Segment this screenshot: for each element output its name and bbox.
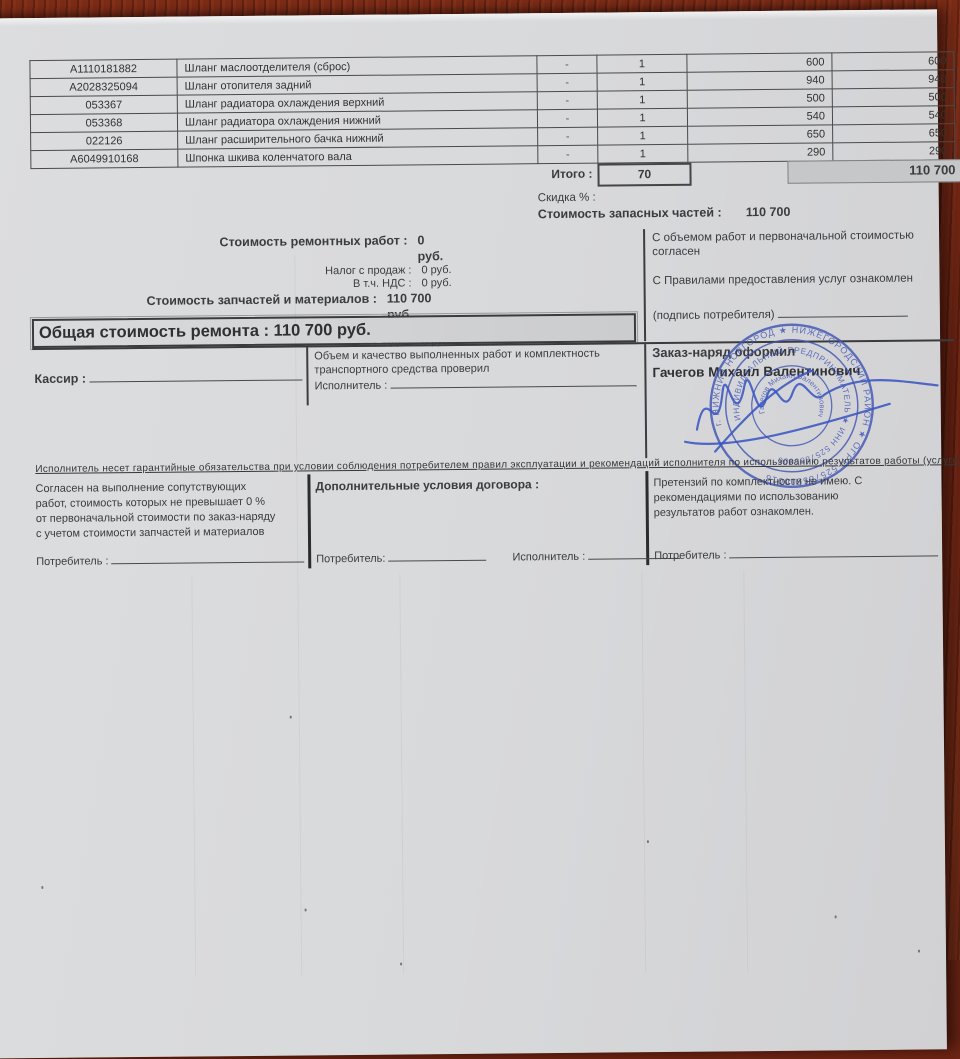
- bottom-mid-consumer-line: [388, 548, 486, 562]
- parts-cost-label: Стоимость запасных частей :: [538, 205, 722, 221]
- cell-code: A6049910168: [31, 149, 178, 168]
- handwritten-signature: [644, 349, 945, 467]
- bottom-right-consumer-label: Потребитель :: [654, 548, 726, 563]
- cell-sum: 540: [832, 106, 954, 125]
- cell-name: Шпонка шкива коленчатого вала: [178, 146, 538, 167]
- cell-sum: 600: [832, 52, 954, 71]
- total-sum-box: 110 700: [787, 159, 960, 184]
- cell-unit: -: [537, 55, 597, 74]
- cell-price: 540: [687, 107, 832, 126]
- cell-unit: -: [537, 109, 597, 128]
- cell-code: 022126: [31, 131, 178, 150]
- quality-block: Объем и качество выполненных работ и ком…: [314, 346, 636, 377]
- bottom-left-consumer-line: [111, 549, 304, 564]
- cell-price: 290: [688, 143, 833, 162]
- bottom-left-text: Согласен на выполнение сопутствующихрабо…: [35, 479, 306, 542]
- cell-unit: -: [537, 91, 597, 110]
- bottom-divider-1: [307, 474, 310, 568]
- cost-summary-value: 0 руб.: [417, 232, 453, 264]
- cell-price: 650: [688, 125, 833, 144]
- document-content: A1110181882Шланг маслоотделителя (сброс)…: [0, 9, 941, 960]
- middle-divider-1: [306, 347, 309, 405]
- document-paper: A1110181882Шланг маслоотделителя (сброс)…: [0, 9, 947, 960]
- cell-qty: 1: [597, 54, 687, 73]
- consumer-signature-row: (подпись потребителя): [653, 304, 908, 322]
- cell-unit: -: [537, 73, 597, 92]
- executor-line: [390, 373, 636, 388]
- cashier-line: [89, 367, 303, 382]
- parts-table: A1110181882Шланг маслоотделителя (сброс)…: [29, 51, 955, 169]
- executor-row: Исполнитель :: [314, 373, 636, 393]
- cell-code: 053367: [30, 95, 177, 114]
- bottom-left-consumer-row: Потребитель :: [36, 549, 304, 569]
- cell-code: A1110181882: [30, 59, 177, 78]
- cost-summary-value: 0 руб.: [421, 277, 451, 290]
- bottom-right-consumer-row: Потребитель :: [654, 543, 938, 563]
- bottom-right-consumer-line: [729, 543, 938, 558]
- parts-cost-value: 110 700: [746, 205, 791, 219]
- bottom-right-text: Претензий по комплектности не имею. Срек…: [653, 473, 948, 521]
- cashier-row: Кассир :: [34, 367, 302, 386]
- agree-line-1: С объемом работ и первоначальной стоимос…: [652, 228, 952, 259]
- parts-table-body: A1110181882Шланг маслоотделителя (сброс)…: [30, 52, 955, 169]
- paper-fold: [294, 256, 302, 960]
- cell-qty: 1: [597, 108, 687, 127]
- paper-fold: [191, 577, 196, 960]
- cell-sum: 650: [833, 124, 955, 143]
- cost-summary-value: 0 руб.: [421, 264, 451, 277]
- cost-summary-label: Стоимость ремонтных работ :: [33, 232, 407, 252]
- discount-label: Скидка % :: [538, 192, 596, 205]
- bottom-mid-sign-row: Потребитель: Исполнитель :: [316, 546, 638, 566]
- cost-summary-line: Стоимость ремонтных работ :0 руб.: [33, 232, 453, 268]
- cell-qty: 1: [598, 126, 688, 145]
- cell-qty: 1: [597, 72, 687, 91]
- cell-qty: 1: [597, 90, 687, 109]
- total-qty-box: 70: [597, 163, 691, 187]
- cell-sum: 290: [833, 142, 955, 161]
- paper-fold: [641, 572, 646, 960]
- cell-sum: 940: [832, 70, 954, 89]
- cell-unit: -: [538, 145, 598, 164]
- cell-price: 600: [687, 53, 832, 72]
- bottom-mid-consumer-label: Потребитель:: [316, 552, 385, 567]
- cell-qty: 1: [598, 144, 688, 163]
- executor-label: Исполнитель :: [314, 379, 387, 394]
- total-label: Итого :: [437, 167, 592, 182]
- bottom-mid-title: Дополнительные условия договора :: [315, 477, 539, 493]
- agree-block: С объемом работ и первоначальной стоимос…: [652, 228, 953, 288]
- bottom-mid-executor-label: Исполнитель :: [512, 550, 585, 565]
- cashier-label: Кассир :: [34, 372, 86, 386]
- cell-price: 940: [687, 71, 832, 90]
- cost-summary-label: Стоимость запчастей и материалов :: [34, 291, 377, 310]
- agree-divider: [643, 229, 646, 341]
- cell-code: A2028325094: [30, 77, 177, 96]
- paper-fold: [743, 571, 748, 960]
- cell-unit: -: [538, 127, 598, 146]
- cell-code: 053368: [30, 113, 177, 132]
- cell-sum: 500: [832, 88, 954, 107]
- cell-price: 500: [687, 89, 832, 108]
- consumer-signature-label: (подпись потребителя): [653, 309, 775, 322]
- agree-line-2: С Правилами предоставления услуг ознаком…: [652, 271, 952, 288]
- bottom-left-consumer-label: Потребитель :: [36, 554, 108, 569]
- paper-fold: [399, 575, 404, 960]
